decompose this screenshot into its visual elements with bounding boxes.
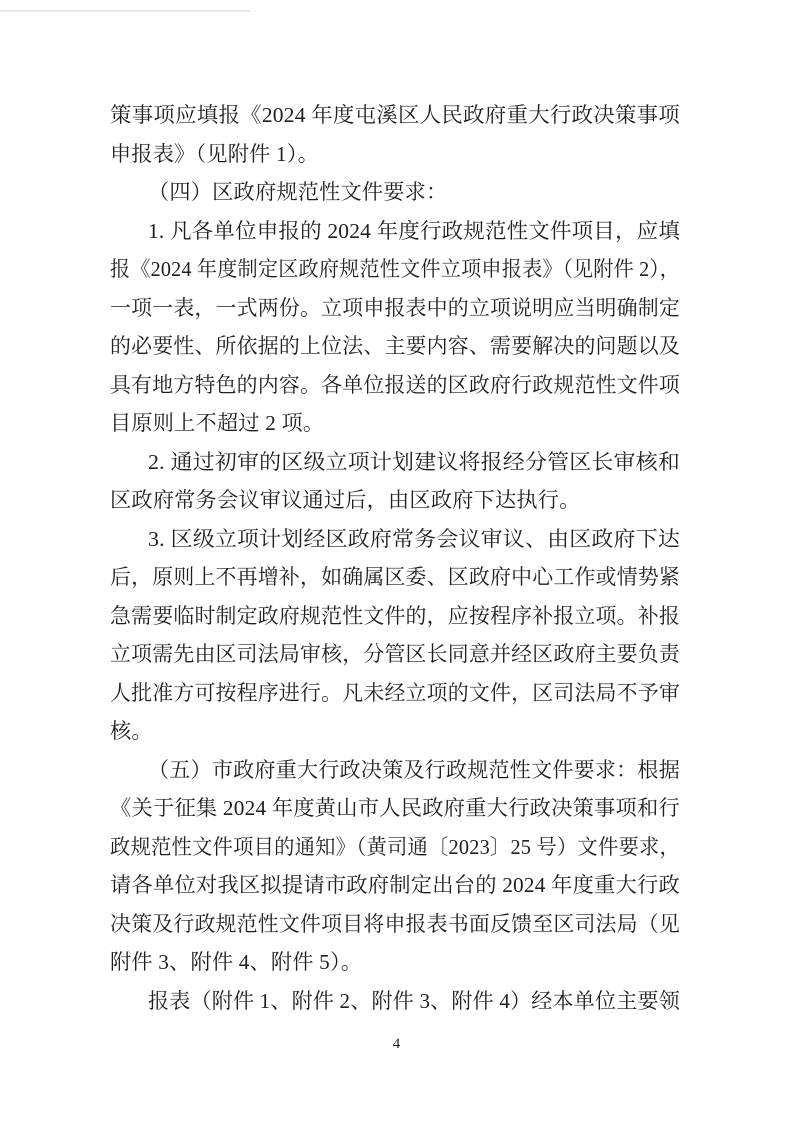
text-line-content: （四）区政府规范性文件要求： (148, 173, 447, 212)
text-line-content: 人批准方可按程序进行。凡未经立项的文件，区司法局不予审 (110, 674, 680, 713)
text-line: （四）区政府规范性文件要求： (110, 173, 682, 212)
document-page: 策事项应填报《2024 年度屯溪区人民政府重大行政决策事项申报表》（见附件 1）… (0, 0, 793, 1122)
text-line-content: 附件 3、附件 4、附件 5）。 (110, 943, 362, 982)
text-line: 后，原则上不再增补，如确属区委、区政府中心工作或情势紧 (110, 558, 682, 597)
text-line: 的必要性、所依据的上位法、主要内容、需要解决的问题以及 (110, 327, 682, 366)
text-line-content: 立项需先由区司法局审核，分管区长同意并经区政府主要负责 (110, 635, 680, 674)
text-line-content: 策事项应填报《2024 年度屯溪区人民政府重大行政决策事项 (110, 96, 680, 135)
scan-artifact (0, 10, 250, 12)
text-line: 立项需先由区司法局审核，分管区长同意并经区政府主要负责 (110, 635, 682, 674)
text-line: 决策及行政规范性文件项目将申报表书面反馈至区司法局（见 (110, 905, 682, 944)
text-line-content: 请各单位对我区拟提请市政府制定出台的 2024 年度重大行政 (110, 866, 680, 905)
text-line: （五）市政府重大行政决策及行政规范性文件要求：根据 (110, 751, 682, 790)
text-line-content: 急需要临时制定政府规范性文件的，应按程序补报立项。补报 (110, 597, 680, 636)
page-number: 4 (0, 1034, 793, 1054)
text-line: 核。 (110, 712, 682, 751)
text-line-content: 的必要性、所依据的上位法、主要内容、需要解决的问题以及 (110, 327, 680, 366)
text-line: 人批准方可按程序进行。凡未经立项的文件，区司法局不予审 (110, 674, 682, 713)
text-line-content: 一项一表，一式两份。立项申报表中的立项说明应当明确制定 (110, 289, 680, 328)
text-line: 目原则上不超过 2 项。 (110, 404, 682, 443)
text-line: 3. 区级立项计划经区政府常务会议审议、由区政府下达 (110, 520, 682, 559)
text-line: 2. 通过初审的区级立项计划建议将报经分管区长审核和 (110, 443, 682, 482)
text-line-content: 目原则上不超过 2 项。 (110, 404, 324, 443)
text-line-content: 报《2024 年度制定区政府规范性文件立项申报表》（见附件 2）， (110, 250, 680, 289)
text-line-content: 《关于征集 2024 年度黄山市人民政府重大行政决策事项和行 (110, 789, 680, 828)
text-line: 报表（附件 1、附件 2、附件 3、附件 4）经本单位主要领 (110, 982, 682, 1021)
text-line-content: 决策及行政规范性文件项目将申报表书面反馈至区司法局（见 (110, 905, 680, 944)
text-line-content: 具有地方特色的内容。各单位报送的区政府行政规范性文件项 (110, 366, 680, 405)
text-line: 1. 凡各单位申报的 2024 年度行政规范性文件项目，应填 (110, 212, 682, 251)
text-line-content: 申报表》（见附件 1）。 (110, 135, 319, 174)
text-line: 申报表》（见附件 1）。 (110, 135, 682, 174)
text-line-content: 1. 凡各单位申报的 2024 年度行政规范性文件项目，应填 (148, 212, 680, 251)
text-line: 政规范性文件项目的通知》（黄司通〔2023〕25 号）文件要求， (110, 828, 682, 867)
text-line: 策事项应填报《2024 年度屯溪区人民政府重大行政决策事项 (110, 96, 682, 135)
text-line-content: （五）市政府重大行政决策及行政规范性文件要求：根据 (148, 751, 680, 790)
text-line: 具有地方特色的内容。各单位报送的区政府行政规范性文件项 (110, 366, 682, 405)
text-line-content: 2. 通过初审的区级立项计划建议将报经分管区长审核和 (148, 443, 680, 482)
text-line-content: 后，原则上不再增补，如确属区委、区政府中心工作或情势紧 (110, 558, 680, 597)
text-line: 报《2024 年度制定区政府规范性文件立项申报表》（见附件 2）， (110, 250, 682, 289)
text-line-content: 报表（附件 1、附件 2、附件 3、附件 4）经本单位主要领 (148, 982, 680, 1021)
text-line: 急需要临时制定政府规范性文件的，应按程序补报立项。补报 (110, 597, 682, 636)
text-line-content: 政规范性文件项目的通知》（黄司通〔2023〕25 号）文件要求， (110, 828, 680, 867)
document-body: 策事项应填报《2024 年度屯溪区人民政府重大行政决策事项申报表》（见附件 1）… (110, 96, 682, 1020)
text-line: 一项一表，一式两份。立项申报表中的立项说明应当明确制定 (110, 289, 682, 328)
text-line: 《关于征集 2024 年度黄山市人民政府重大行政决策事项和行 (110, 789, 682, 828)
text-line: 附件 3、附件 4、附件 5）。 (110, 943, 682, 982)
text-line-content: 核。 (110, 712, 153, 751)
text-line-content: 3. 区级立项计划经区政府常务会议审议、由区政府下达 (148, 520, 680, 559)
text-line: 区政府常务会议审议通过后，由区政府下达执行。 (110, 481, 682, 520)
text-line-content: 区政府常务会议审议通过后，由区政府下达执行。 (110, 481, 581, 520)
text-line: 请各单位对我区拟提请市政府制定出台的 2024 年度重大行政 (110, 866, 682, 905)
